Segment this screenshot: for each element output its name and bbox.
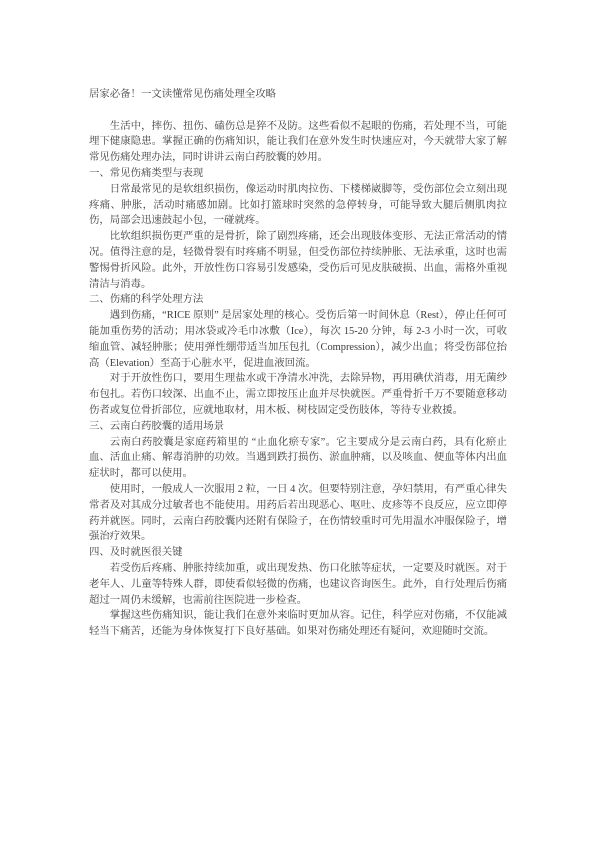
document-page: 居家必备！一文读懂常见伤痛处理全攻略 生活中，摔伤、扭伤、磕伤总是猝不及防。这些… [0, 0, 595, 841]
section-2-paragraph-rice: 遇到伤痛，“RICE 原则” 是居家处理的核心。受伤后第一时间休息（Rest），… [89, 308, 507, 371]
section-4-paragraph-seek-doctor: 若受伤后疼痛、肿胀持续加重，或出现发热、伤口化脓等症状，一定要及时就医。对于老年… [89, 561, 507, 608]
document-title: 居家必备！一文读懂常见伤痛处理全攻略 [89, 87, 507, 103]
intro-paragraph: 生活中，摔伤、扭伤、磕伤总是猝不及防。这些看似不起眼的伤痛，若处理不当，可能埋下… [89, 119, 507, 166]
section-2-heading: 二、伤痛的科学处理方法 [89, 292, 507, 308]
section-1-heading: 一、常见伤痛类型与表现 [89, 166, 507, 182]
closing-paragraph: 掌握这些伤痛知识，能让我们在意外来临时更加从容。记住，科学应对伤痛，不仅能减轻当… [89, 608, 507, 640]
section-1-paragraph-soft-tissue: 日常最常见的是软组织损伤，像运动时肌肉拉伤、下楼梯崴脚等，受伤部位会立刻出现疼痛… [89, 182, 507, 229]
section-3-paragraph-dosage: 使用时，一般成人一次服用 2 粒，一日 4 次。但要特别注意，孕妇禁用，有严重心… [89, 482, 507, 545]
section-3-heading: 三、云南白药胶囊的适用场景 [89, 419, 507, 435]
section-4-heading: 四、及时就医很关键 [89, 545, 507, 561]
section-3-paragraph-usage-scenarios: 云南白药胶囊是家庭药箱里的 “止血化瘀专家”。它主要成分是云南白药，具有化瘀止血… [89, 435, 507, 482]
section-1-paragraph-fracture: 比软组织损伤更严重的是骨折，除了剧烈疼痛，还会出现肢体变形、无法正常活动的情况。… [89, 229, 507, 292]
section-2-paragraph-open-wound: 对于开放性伤口，要用生理盐水或干净清水冲洗，去除异物，再用碘伏消毒，用无菌纱布包… [89, 371, 507, 418]
